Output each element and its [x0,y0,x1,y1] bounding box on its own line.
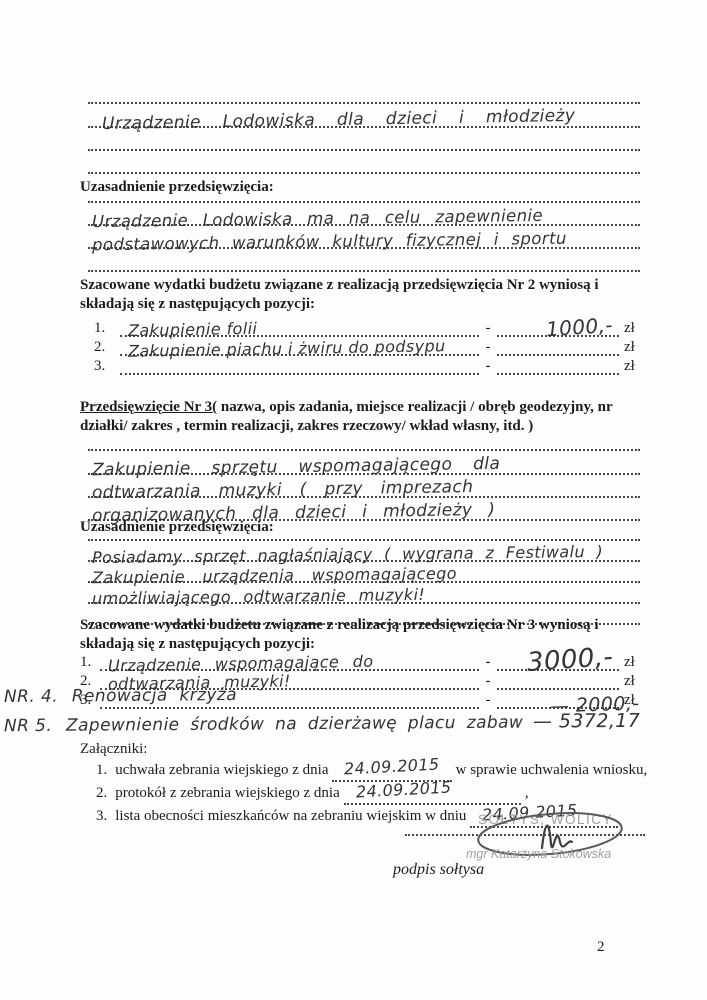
currency-label: zł [619,673,648,690]
dash: - [479,358,497,375]
page-number: 2 [597,938,605,957]
dash: - [479,673,497,690]
handwritten-note4-text: Renowacja krzyża [72,685,237,706]
attachment-text: protokół z zebrania wiejskiego z dnia [115,785,340,801]
signature-caption: podpis sołtysa [393,861,484,879]
attachment-item: 2.protokół z zebrania wiejskiego z dnia … [96,782,670,805]
handwritten-note5-text: Zapewnienie środków na dzierżawę placu z… [66,713,523,736]
dotted-amount: 3000,- [497,650,619,671]
justification2-block: Urządzenie Lodowiska ma na celu zapewnie… [88,199,640,272]
project3-description-block: Zakupienie sprzętu wspomagającego dla od… [88,447,640,521]
handwritten-date: 24.09.2015 [344,755,440,779]
writein-line: podstawowych warunków kultury fizycznej … [88,226,640,249]
justification2-label: Uzasadnienie przedsięwzięcia: [80,178,274,197]
margin-note-4-label: NR. 4. [4,687,58,707]
dotted-fill [120,354,479,375]
dash: - [479,692,497,709]
attachment-text: lista obecności mieszkańców na zebraniu … [115,808,466,824]
dotted-fill: Zakupienie piachu i żwiru do podsypu [120,335,479,356]
handwritten-note5-amount: — 5372,17 [533,710,640,733]
attachment-number: 1. [96,762,107,778]
project3-title: Przedsięwzięcie Nr 3( [80,399,217,415]
expenses2-heading: Szacowane wydatki budżetu związane z rea… [80,276,652,314]
writein-line [88,128,640,151]
dotted-fill: Urządzenie wspomagające do [100,650,479,671]
expense-row: 3. - zł [94,356,648,375]
justification3-block: Posiadamy sprzęt nagłaśniający ( wygrana… [88,537,640,625]
project3-heading: Przedsięwzięcie Nr 3( nazwa, opis zadani… [80,398,656,436]
attachment-number: 2. [96,785,107,801]
margin-note-5: NR 5. Zapewnienie środków na dzierżawę p… [4,710,640,736]
row-number: 2. [94,339,120,356]
currency-label: zł [619,654,648,671]
attachment-item: 1.uchwała zebrania wiejskiego z dnia 24.… [96,759,670,782]
dotted-amount: 1000,- [497,316,619,337]
dotted-amount [497,669,619,690]
scanned-document-page: Urządzenie Lodowiska dla dzieci i młodzi… [0,0,707,1000]
justification3-label: Uzasadnienie przedsięwzięcia: [80,518,274,537]
attachment-text-after: w sprawie uchwalenia wniosku, [456,762,648,778]
writein-line: Zakupienie sprzętu wspomagającego dla [88,451,640,475]
dotted-amount [497,354,619,375]
writein-line: odtwarzania muzyki ( przy imprezach [88,475,640,498]
margin-note-5-label: NR 5. [4,716,52,736]
handwritten-date: 24.09.2015 [355,778,451,802]
date-writein-slot: 24.09.2015 [344,782,522,805]
writein-line: Urządzenie Lodowiska dla dzieci i młodzi… [88,104,640,128]
dotted-amount [497,335,619,356]
dotted-fill: Zakupienie folii [120,316,479,337]
currency-label: zł [619,320,648,337]
dash: - [479,654,497,671]
stamp-person-name: mgr Katarzyna Stokowska [466,847,611,861]
attachment-text-after: , [525,785,529,801]
writein-line: Posiadamy sprzęt nagłaśniający ( wygrana… [88,541,640,562]
writein-line: Zakupienie urządzenia wspomagającego [88,562,640,583]
row-number: 1. [80,654,100,671]
dash: - [479,320,497,337]
currency-label: zł [619,358,648,375]
row-number: 3. [94,358,120,375]
writein-line: umożliwiającego odtwarzanie muzyki! [88,583,640,604]
writein-line [88,249,640,272]
expenses2-list: 1. Zakupienie folii - 1000,- zł 2. Zakup… [94,318,648,375]
attachments-label: Załączniki: [80,740,670,759]
margin-note-4: NR. 4. Renowacja krzyża [4,685,237,707]
attachment-text: uchwała zebrania wiejskiego z dnia [115,762,328,778]
attachment-number: 3. [96,808,107,824]
writein-line: Urządzenie Lodowiska ma na celu zapewnie… [88,203,640,226]
writein-line [88,151,640,174]
currency-label: zł [619,339,648,356]
row-number: 1. [94,320,120,337]
dash: - [479,339,497,356]
project2-name-block: Urządzenie Lodowiska dla dzieci i młodzi… [88,100,640,174]
